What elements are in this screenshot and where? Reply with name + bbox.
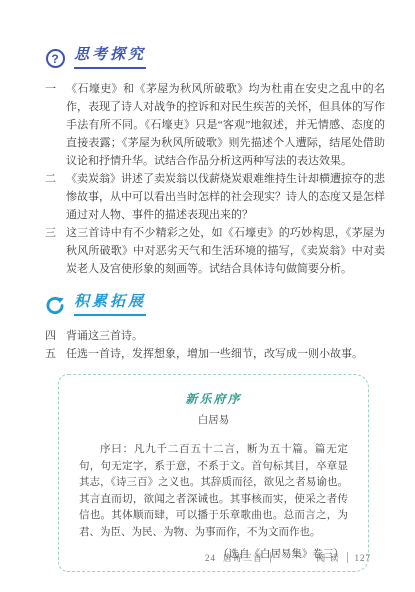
item-number: 四: [45, 327, 66, 345]
footer-lesson-title: 唐诗三首: [223, 551, 263, 564]
footer-section: 阅 读 127: [316, 551, 371, 564]
footer-lesson: 24 唐诗三首: [205, 551, 271, 564]
textbook-page: ? 思考探究 一 《石壕吏》和《茅屋为秋风所破歌》均为杜甫在安史之乱中的名作，表…: [0, 0, 415, 592]
item-text: 背诵这三首诗。: [66, 327, 385, 345]
refresh-circle-icon: [45, 296, 65, 316]
section-title-explore: 思考探究: [74, 48, 146, 69]
section-explore: ? 思考探究 一 《石壕吏》和《茅屋为秋风所破歌》均为杜甫在安史之乱中的名作，表…: [45, 48, 385, 278]
question-circle-icon: ?: [45, 49, 65, 69]
exercise-item-2: 二 《卖炭翁》讲述了卖炭翁以伐薪烧炭艰难维持生计却横遭掠夺的悲惨故事，从中可以看…: [45, 170, 385, 224]
exercise-item-1: 一 《石壕吏》和《茅屋为秋风所破歌》均为杜甫在安史之乱中的名作，表现了诗人对战争…: [45, 80, 385, 170]
footer-divider: [270, 552, 271, 563]
item-number: 五: [45, 345, 66, 363]
item-text: 《卖炭翁》讲述了卖炭翁以伐薪烧炭艰难维持生计却横遭掠夺的悲惨故事，从中可以看出当…: [66, 170, 385, 224]
item-number: 一: [45, 80, 66, 98]
item-number: 二: [45, 170, 66, 188]
reading-box: 新乐府序 白居易 序曰：凡九千二百五十二言，断为五十篇。篇无定句，句无定字，系于…: [58, 374, 369, 572]
section-expand: 积累拓展 四 背诵这三首诗。 五 任选一首诗，发挥想象，增加一些细节，改写成一则…: [45, 295, 385, 363]
item-number: 三: [45, 224, 66, 242]
page-footer: 24 唐诗三首 阅 读 127: [0, 551, 415, 565]
question-glyph: ?: [46, 49, 65, 68]
reading-box-title: 新乐府序: [75, 390, 352, 407]
item-text: 这三首诗中有不少精彩之处，如《石壕吏》的巧妙构思，《茅屋为秋风所破歌》中对恶劣天…: [66, 224, 385, 278]
section-header-explore: ? 思考探究: [45, 48, 385, 69]
item-text: 《石壕吏》和《茅屋为秋风所破歌》均为杜甫在安史之乱中的名作，表现了诗人对战争的控…: [66, 80, 385, 170]
reading-box-paragraph: 序曰：凡九千二百五十二言，断为五十篇。篇无定句，句无定字，系于意，不系于文。首句…: [79, 442, 348, 541]
footer-page-number: 127: [355, 553, 372, 563]
refresh-circle-glyph: [45, 295, 65, 316]
reading-box-author: 白居易: [75, 412, 352, 427]
section-title-expand: 积累拓展: [74, 295, 146, 316]
exercise-item-3: 三 这三首诗中有不少精彩之处，如《石壕吏》的巧妙构思，《茅屋为秋风所破歌》中对恶…: [45, 224, 385, 278]
exercise-item-4: 四 背诵这三首诗。: [45, 327, 385, 345]
footer-divider: [347, 552, 348, 563]
exercise-item-5: 五 任选一首诗，发挥想象，增加一些细节，改写成一则小故事。: [45, 345, 385, 363]
footer-lesson-number: 24: [205, 553, 216, 563]
footer-section-label: 阅 读: [316, 551, 339, 564]
section-header-expand: 积累拓展: [45, 295, 385, 316]
item-text: 任选一首诗，发挥想象，增加一些细节，改写成一则小故事。: [66, 345, 385, 363]
